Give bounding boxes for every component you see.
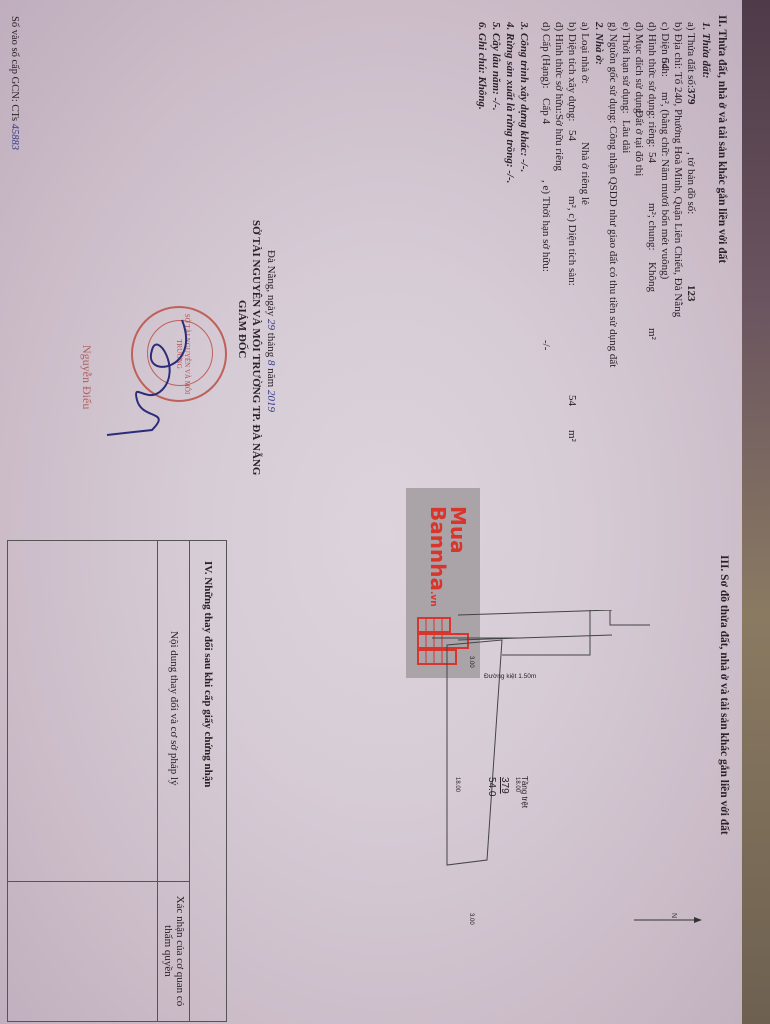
signer-name: Nguyễn Điểu [79,345,94,409]
address-value: Tổ 240, Phường Hoà Minh, Quận Liên Chiểu… [672,72,684,317]
usage-shared-label: m²; chung: [646,203,658,251]
purpose-label: đ) Mục đích sử dụng: [633,22,645,117]
built-area-label: b) Diện tích xây dựng: [566,22,578,121]
section3-title: III. Sơ đồ thửa đất, nhà ở và tài sản kh… [718,555,730,835]
parcel-diagram [412,610,702,990]
parcel-label: a) Thửa đất số: [685,22,697,88]
date-year: 2019 [265,390,277,412]
signer-position: GIÁM ĐỐC [236,300,248,358]
grade-value: Cấp 4 [540,98,552,124]
changes-table: IV. Những thay đổi sau khi cấp giấy chứn… [7,540,227,1022]
issuing-authority: SỞ TÀI NGUYÊN VÀ MÔI TRƯỜNG TP. ĐÀ NẴNG [250,220,262,475]
diagram-parcel-area: 54.0 [486,777,497,796]
house-ownership-value: Sở hữu riêng [553,114,565,171]
house-type-value: Nhà ở riêng lẻ [579,142,591,205]
table-body-divider [157,541,158,1021]
house-type-label: a) Loại nhà ở: [579,22,591,84]
floor-area-label: m², c) Diện tích sàn: [566,196,578,286]
house-heading: 2. Nhà ở: [593,22,605,65]
area-words: m², (bằng chữ: Năm mươi bốn mét vuông) [659,92,671,279]
map-sheet-label: , tờ bản đồ số: [685,152,697,214]
dim-back: 3.00 [468,913,474,925]
area-value: 54 [659,58,671,69]
date-month: 8 [265,360,277,366]
usage-form-label: d) Hình thức sử dụng: riêng: [646,22,658,147]
usage-shared-value: Không [646,262,658,292]
address-label: b) Địa chỉ: [672,22,684,69]
date-day: 29 [265,319,277,330]
ownership-term-value: -/- [540,340,552,350]
dim-side-right: 18.00 [454,777,460,792]
floor-area-unit: m² [566,430,578,442]
built-area-value: 54 [566,130,578,141]
year-label: năm [265,368,277,387]
dim-side-left: 18.00 [514,777,520,792]
floor-label: Tầng trệt [520,776,529,808]
table-column-divider [8,881,190,882]
section4-title: IV. Những thay đổi sau khi cấp giấy chứn… [202,561,214,787]
registry-number: Số vào sổ cấp GCN: CTs 45883 [9,16,20,150]
section2-title: II. Thửa đất, nhà ở và tài sản khác gắn … [716,15,728,263]
svg-text:N: N [670,913,677,918]
perennial-trees: 5. Cây lâu năm: -/-. [490,22,502,111]
map-sheet-number: 123 [685,285,697,302]
table-header-divider [189,541,190,1021]
term-label: e) Thời hạn sử dụng: [620,22,632,114]
production-forest: 4. Rừng sản xuất là rừng trồng: -/-. [504,22,516,183]
usage-private-value: 54 [646,152,658,163]
column-header-changes: Nội dung thay đổi và cơ sở pháp lý [168,631,180,786]
house-ownership-label: đ) Hình thức sở hữu: [553,22,565,114]
origin-value: Công nhận QSDD như giao đất có thu tiền … [607,126,619,367]
registry-label: Số vào sổ cấp GCN: CTs [9,16,20,121]
right-page: III. Sơ đồ thửa đất, nhà ở và tài sản kh… [0,515,742,1024]
road-label: Đường kiệt 1.50m [484,673,536,680]
other-works: 3. Công trình xây dựng khác: -/-. [518,22,530,172]
photo-frame: II. Thửa đất, nhà ở và tài sản khác gắn … [0,0,770,1024]
purpose-value: Đất ở tại đô thị [633,110,645,176]
north-arrow-icon: N [632,909,702,931]
registry-value: 45883 [9,124,20,150]
dim-front: 3.00 [468,656,474,668]
usage-unit: m² [646,328,658,340]
signature-mark [92,310,202,450]
diagram-parcel-number: 379 [499,777,510,794]
land-certificate-document: II. Thửa đất, nhà ở và tài sản khác gắn … [0,0,742,1024]
month-label: tháng [265,333,277,357]
parcel-number: 379 [685,88,697,105]
date-prefix: Đà Nẵng, ngày [265,250,277,316]
floor-area-value: 54 [566,395,578,406]
term-value: Lâu dài [620,120,632,153]
column-header-confirmation: Xác nhận của cơ quan có thẩm quyền [162,886,186,1016]
origin-label: g) Nguồn gốc sử dụng: [607,22,619,123]
sign-place-date: Đà Nẵng, ngày 29 tháng 8 năm 2019 [265,250,277,412]
notes: 6. Ghi chú: Không. [476,22,488,110]
land-heading: 1. Thửa đất: [700,22,712,78]
left-page: II. Thửa đất, nhà ở và tài sản khác gắn … [0,0,742,515]
ownership-term-label: , e) Thời hạn sở hữu: [540,180,552,272]
grade-label: d) Cấp (Hạng): [540,22,552,89]
